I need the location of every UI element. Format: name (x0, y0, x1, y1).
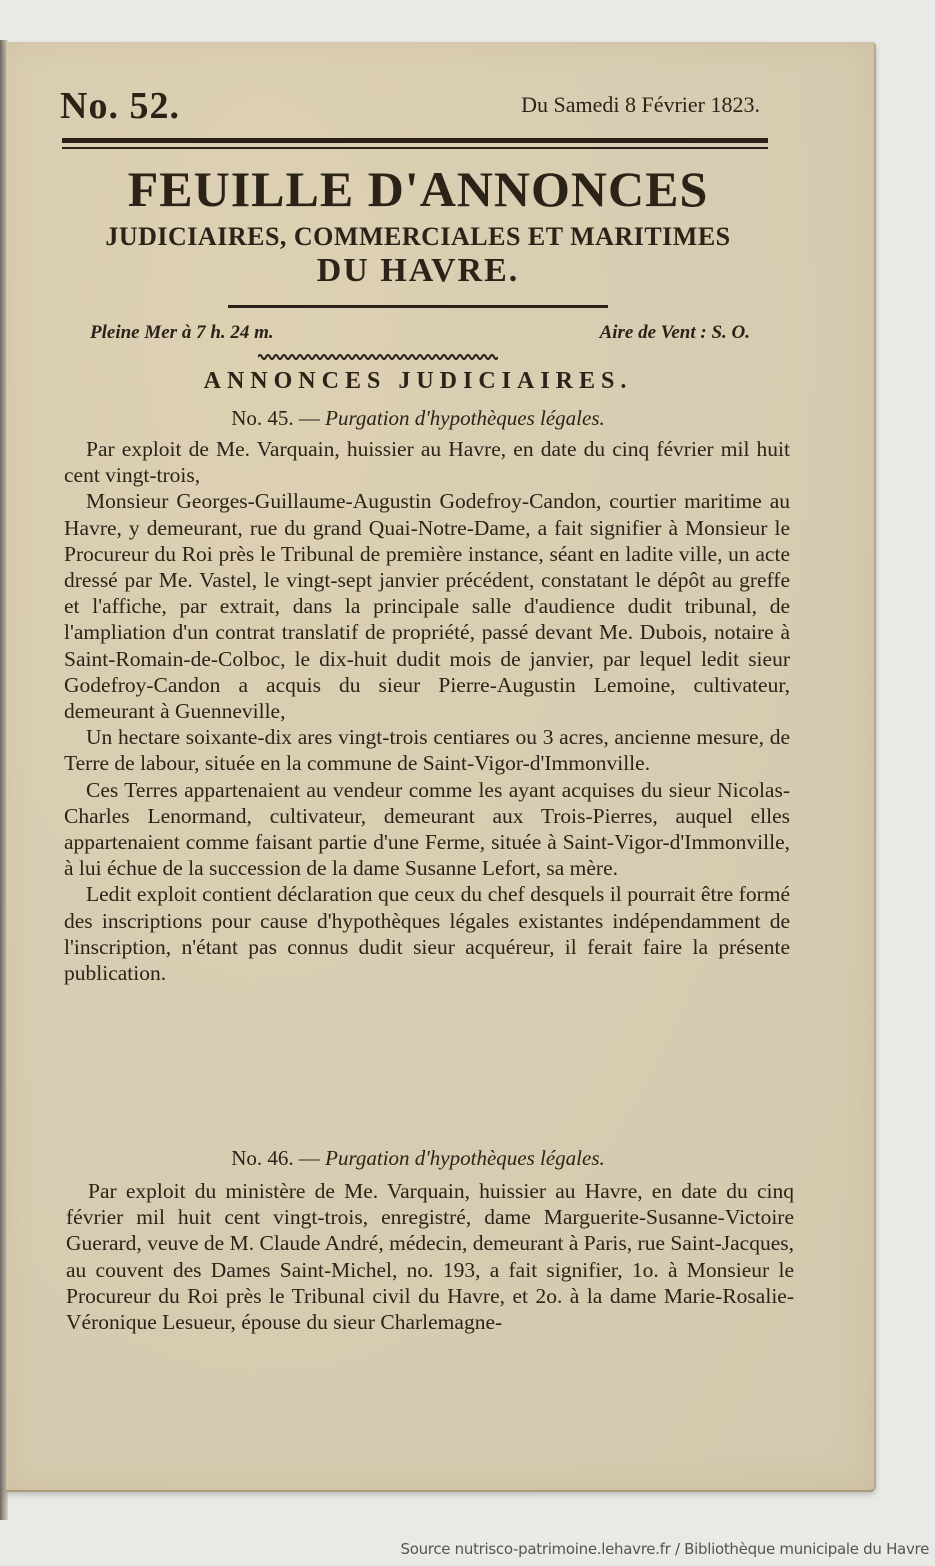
notice-paragraph: Par exploit de Me. Varquain, huissier au… (64, 436, 790, 488)
notice-subject: Purgation d'hypothèques légales. (325, 1146, 605, 1170)
notice-paragraph: Un hectare soixante-dix ares vingt-trois… (64, 724, 790, 776)
notice-number: No. 45. — (231, 406, 320, 430)
wind-direction: Aire de Vent : S. O. (600, 322, 750, 344)
section-heading: ANNONCES JUDICIAIRES. (58, 368, 778, 395)
title-rule (228, 305, 608, 308)
wavy-divider (258, 352, 498, 362)
notice-subject: Purgation d'hypothèques légales. (325, 406, 605, 430)
notice-number: No. 46. — (231, 1146, 320, 1170)
notice-paragraph: Par exploit du ministère de Me. Varquain… (66, 1178, 794, 1335)
newspaper-city: DU HAVRE. (58, 252, 778, 290)
newspaper-title: FEUILLE D'ANNONCES (58, 160, 778, 218)
masthead-rule-thin (62, 147, 768, 149)
notice-heading: No. 45. — Purgation d'hypothèques légale… (58, 406, 778, 431)
newspaper-subtitle: JUDICIAIRES, COMMERCIALES ET MARITIMES (58, 222, 778, 252)
notice-paragraph: Monsieur Georges-Guillaume-Augustin Gode… (64, 488, 790, 724)
issue-date: Du Samedi 8 Février 1823. (521, 92, 760, 118)
masthead-rule-thick (62, 138, 768, 143)
notice-body: Par exploit du ministère de Me. Varquain… (66, 1178, 794, 1335)
masthead-top-row: No. 52. Du Samedi 8 Février 1823. (60, 84, 760, 124)
notice-body: Par exploit de Me. Varquain, huissier au… (64, 436, 790, 986)
notice-heading: No. 46. — Purgation d'hypothèques légale… (58, 1146, 778, 1171)
tide-wind-row: Pleine Mer à 7 h. 24 m. Aire de Vent : S… (90, 322, 750, 348)
notice-paragraph: Ces Terres appartenaient au vendeur comm… (64, 777, 790, 882)
notice-paragraph: Ledit exploit contient déclaration que c… (64, 881, 790, 986)
source-attribution: Source nutrisco-patrimoine.lehavre.fr / … (400, 1540, 929, 1558)
high-tide-time: Pleine Mer à 7 h. 24 m. (90, 322, 274, 344)
issue-number: No. 52. (60, 84, 180, 128)
